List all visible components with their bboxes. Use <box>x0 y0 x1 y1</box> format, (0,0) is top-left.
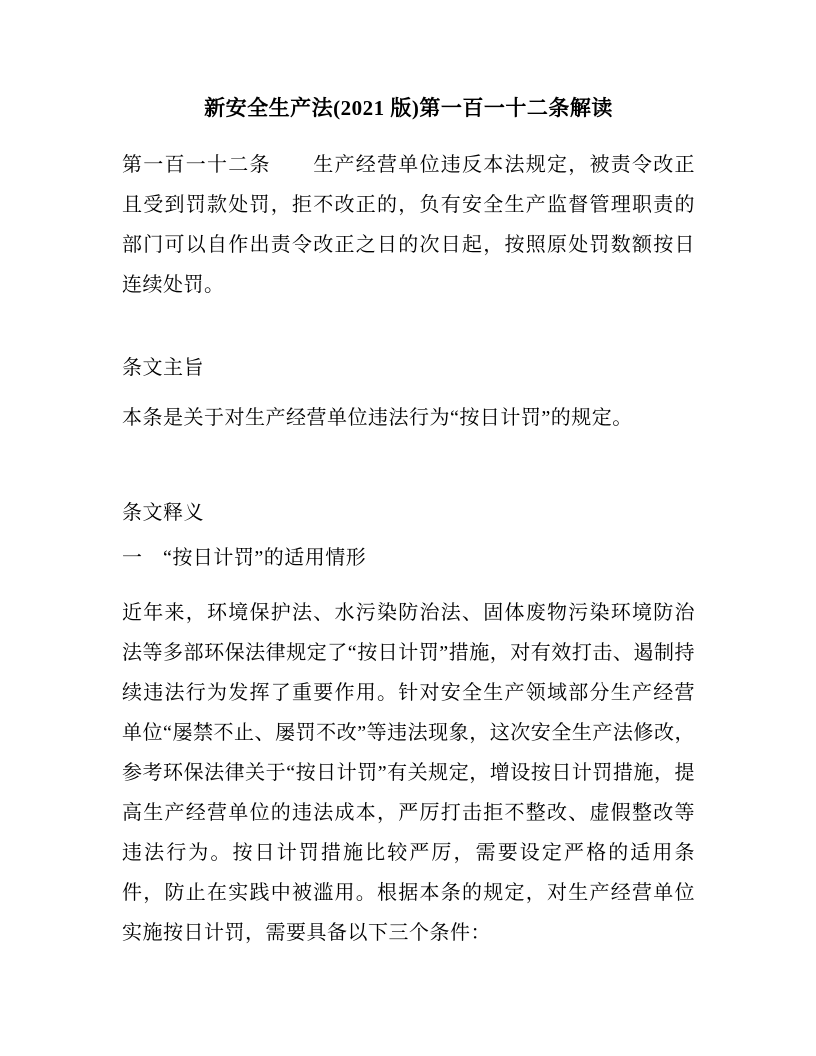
subsection-one-body: 近年来，环境保护法、水污染防治法、固体废物污染环境防治法等多部环保法律规定了“按… <box>122 593 695 953</box>
interpretation-heading: 条文释义 <box>122 493 695 533</box>
article-112-text: 第一百一十二条 生产经营单位违反本法规定，被责令改正且受到罚款处罚，拒不改正的，… <box>122 145 695 305</box>
document-page: 新安全生产法(2021 版)第一百一十二条解读 第一百一十二条 生产经营单位违反… <box>0 0 816 1056</box>
purpose-heading: 条文主旨 <box>122 348 695 388</box>
document-title: 新安全生产法(2021 版)第一百一十二条解读 <box>122 88 695 128</box>
purpose-body: 本条是关于对生产经营单位违法行为“按日计罚”的规定。 <box>122 398 695 438</box>
subsection-one-heading: 一 “按日计罚”的适用情形 <box>122 538 695 578</box>
